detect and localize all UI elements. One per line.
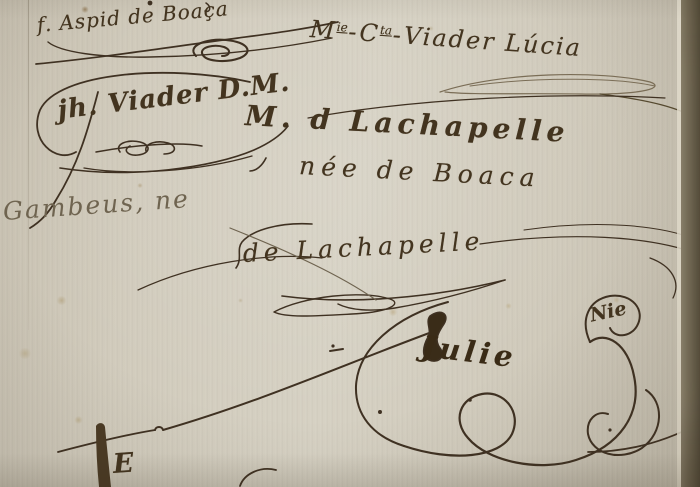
signature-m-d-lachapelle: M. d Lachapelle [244,99,570,149]
foxing-stain [56,296,67,305]
signature-de-lachapelle: de Lachapelle [242,226,485,268]
flourish-grand-signature [58,256,698,465]
signature-nee-de-boaca: née de Boaca [298,151,541,193]
signature-title: C [359,18,381,47]
foxing-stain [74,416,83,424]
foxing-stain [505,303,512,309]
page-edge [681,0,700,487]
signature-title-superscript: ta [380,23,393,38]
manuscript-photo: f. Aspid de Boaça Mie-Cta-Viader Lúcia j… [0,0,700,487]
signature-paraph-nie: Nie [588,297,628,326]
signature-name: Viader Lúcia [403,22,583,62]
signature-bottom-fragment: E [112,448,135,480]
bottom-ink-fragments [96,423,699,487]
foxing-stain [238,298,243,303]
abbreviation-dash: - [392,21,402,49]
paper-fold-line [28,0,29,330]
foxing-stain [388,308,398,316]
signature-grand-julie: Julie [420,329,519,374]
signature-aspid-de-boaca: f. Aspid de Boaça [36,0,230,37]
abbreviation-dash: - [347,18,357,46]
foxing-stain [18,348,32,359]
signature-viader-lucia: Mie-Cta-Viader Lúcia [309,15,583,62]
signature-initial: M [309,15,337,45]
signature-gambeus: Gambeus, ne [2,184,191,226]
signature-initial-superscript: ie [336,20,348,35]
